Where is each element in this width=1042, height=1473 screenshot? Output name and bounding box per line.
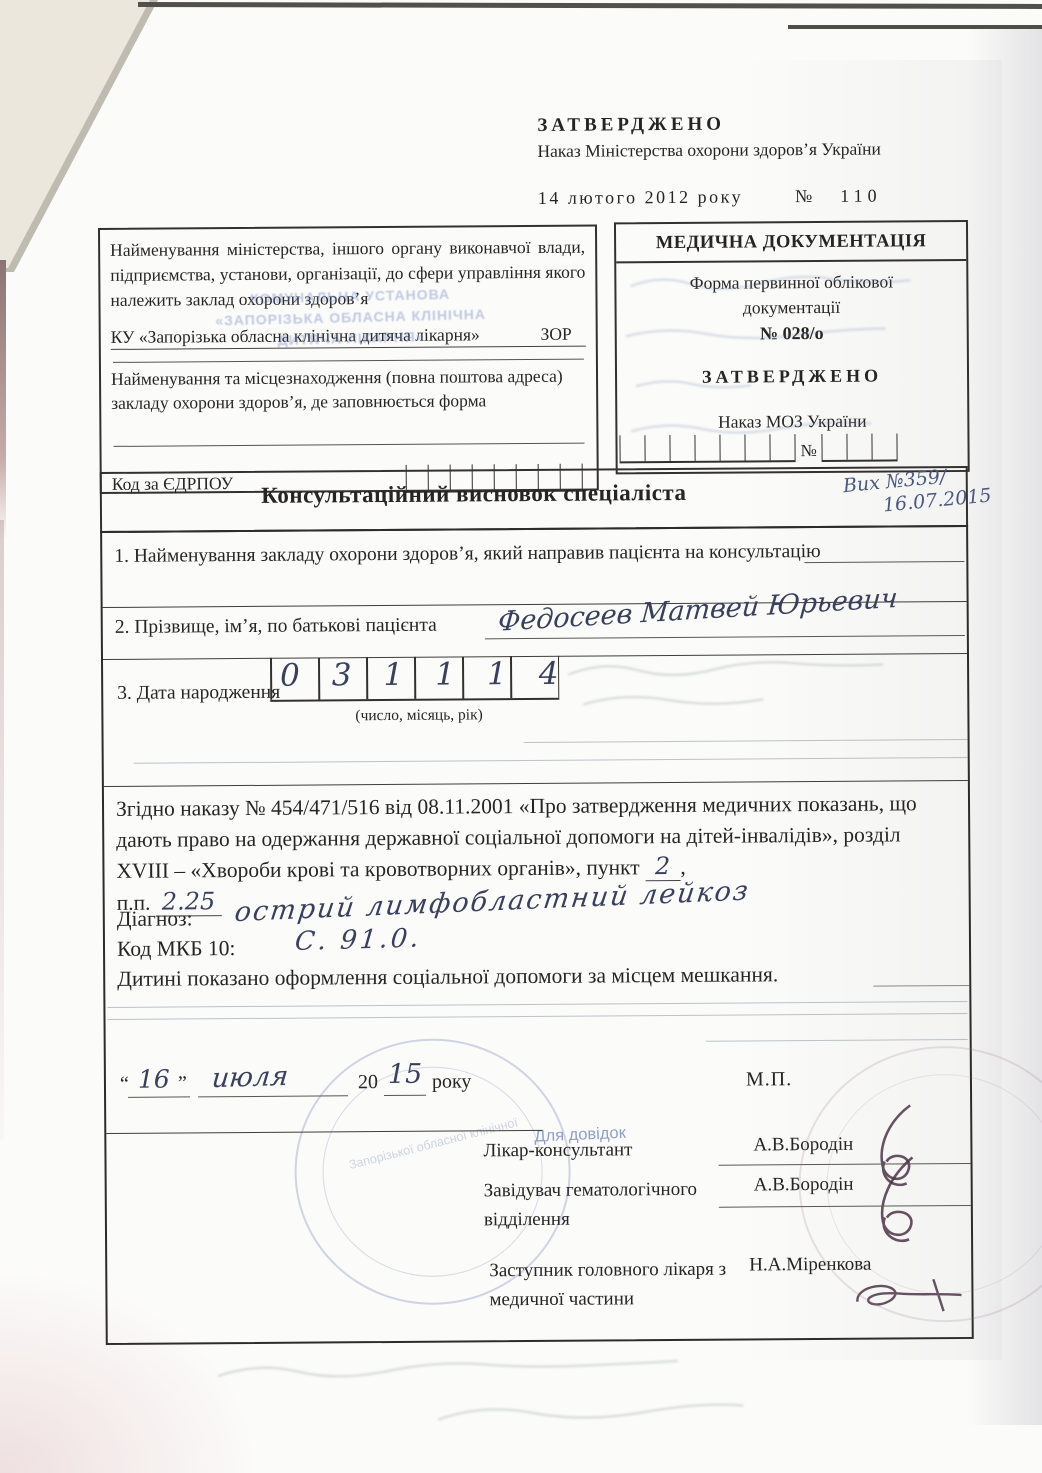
date-day-handwritten: 16: [138, 1065, 170, 1094]
faint-rule: [134, 757, 968, 764]
medical-doc-heading: МЕДИЧНА ДОКУМЕНТАЦІЯ: [616, 222, 966, 263]
round-stamp-faint-inner: [826, 1073, 1042, 1295]
birthdate-hint: (число, місяць, рік): [355, 706, 482, 725]
icd-label: Код МКБ 10:: [117, 936, 236, 962]
date-open-quote: “: [120, 1073, 129, 1096]
institution-suffix: ЗОР: [541, 323, 572, 344]
note-text: Дитині показано оформлення соціальної до…: [117, 962, 778, 992]
blank-line: [113, 431, 584, 447]
note-line: [873, 985, 969, 987]
birthdate-digits: 031114: [280, 656, 591, 694]
approved-heading: ЗАТВЕРДЖЕНО: [537, 112, 967, 137]
signatory-title: Завідувач гематологічного відділення: [484, 1175, 734, 1236]
title-box: Консультаційний висновок спеціаліста Вих…: [100, 466, 968, 533]
institution-box: КОМУНАЛЬНА УСТАНОВА «ЗАПОРІЗЬКА ОБЛАСНА …: [98, 225, 599, 494]
item2-line: [485, 635, 965, 639]
address-label: Найменування та місцезнаходження (повна …: [111, 363, 586, 416]
date-day-line: [128, 1096, 190, 1097]
row-divider: [104, 780, 968, 787]
birthdate-cells: 031114: [270, 656, 559, 702]
patient-name-handwritten: Федосеев Матвей Юрьевич: [497, 583, 899, 638]
item3-label: 3. Дата народження: [117, 682, 280, 705]
faint-rule: [108, 1013, 968, 1020]
approval-header: ЗАТВЕРДЖЕНО Наказ Міністерства охорони з…: [537, 112, 968, 209]
date-month-handwritten: июля: [210, 1061, 289, 1094]
item1-blank: [804, 561, 964, 563]
signatory-title: Заступник головного лікаря з медичної ча…: [489, 1255, 734, 1316]
faint-rule: [706, 1039, 968, 1042]
page-title: Консультаційний висновок спеціаліста: [102, 479, 846, 510]
approved-date: 14 лютого 2012 року: [538, 187, 743, 209]
icd-handwritten: С. 91.0.: [294, 923, 423, 957]
decree-point-suffix: ,: [680, 855, 686, 879]
document: ЗАТВЕРДЖЕНО Наказ Міністерства охорони з…: [0, 0, 1042, 1473]
institution-stamp: КОМУНАЛЬНА УСТАНОВА «ЗАПОРІЗЬКА ОБЛАСНА …: [170, 282, 531, 354]
faint-rule: [524, 739, 968, 743]
diagnosis-label: Діагноз:: [117, 906, 193, 932]
approved-number-label: №: [795, 186, 818, 207]
scan-left-edge: [0, 260, 6, 540]
item2-label: 2. Прізвище, ім’я, по батькові пацієнта: [115, 615, 437, 639]
bleed-through-handwriting: [563, 647, 893, 719]
scan-top-edge-2: [788, 25, 1042, 29]
approved-date-row: 14 лютого 2012 року № 110: [538, 185, 968, 209]
approved-number: 110: [840, 186, 881, 207]
handwritten-outgoing-ref: Вих №359/ 16.07.2015: [842, 461, 992, 520]
approved-order: Наказ Міністерства охорони здоров’я Укра…: [537, 138, 967, 162]
date-close-quote: ”: [178, 1072, 187, 1095]
item1-label: 1. Найменування закладу охорони здоров’я…: [114, 537, 834, 572]
faint-rule: [107, 1001, 967, 1008]
round-stamp-inner: [322, 1066, 543, 1278]
bleed-through-handwriting: [620, 264, 981, 467]
seal-placeholder-label: М.П.: [746, 1068, 792, 1091]
bleed-through-handwriting: [198, 1347, 799, 1451]
scan-left-edge-2: [0, 520, 4, 1140]
signatory-title: Лікар-консультант: [483, 1135, 733, 1166]
decree-text: Згідно наказу № 454/471/516 від 08.11.20…: [116, 791, 917, 883]
decree-point-handwritten: 2: [645, 852, 680, 881]
